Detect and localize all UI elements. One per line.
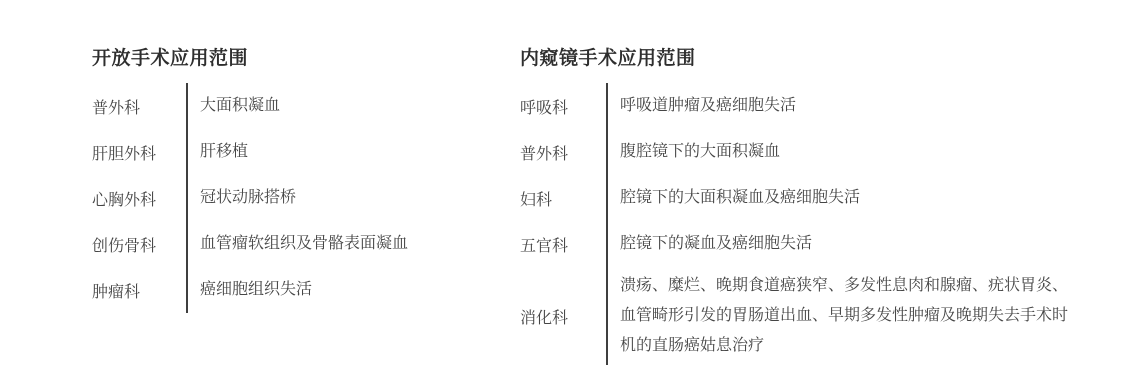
table-row: 普外科 大面积凝血 — [92, 83, 512, 129]
dept-cell: 消化科 — [520, 305, 608, 328]
desc-cell: 腹腔镜下的大面积凝血 — [608, 140, 780, 164]
dept-cell: 普外科 — [92, 95, 188, 118]
column-divider — [606, 83, 608, 365]
dept-cell: 呼吸科 — [520, 95, 608, 118]
table-body: 普外科 大面积凝血 肝胆外科 肝移植 心胸外科 冠状动脉搭桥 创伤骨科 血管瘤软… — [92, 83, 512, 313]
desc-cell: 溃疡、糜烂、晚期食道癌狭窄、多发性息肉和腺瘤、疣状胃炎、血管畸形引发的胃肠道出血… — [608, 271, 1078, 361]
desc-cell: 腔镜下的凝血及癌细胞失活 — [608, 232, 812, 256]
column-divider — [186, 83, 188, 313]
desc-cell: 呼吸道肿瘤及癌细胞失活 — [608, 94, 796, 118]
dept-cell: 五官科 — [520, 233, 608, 256]
desc-cell: 冠状动脉搭桥 — [188, 186, 296, 210]
table-row: 肿瘤科 癌细胞组织失活 — [92, 267, 512, 313]
table-endoscopic-surgery: 内窥镜手术应用范围 呼吸科 呼吸道肿瘤及癌细胞失活 普外科 腹腔镜下的大面积凝血… — [520, 46, 1092, 365]
dept-cell: 创伤骨科 — [92, 233, 188, 256]
dept-cell: 肝胆外科 — [92, 141, 188, 164]
table-row: 肝胆外科 肝移植 — [92, 129, 512, 175]
table-title: 内窥镜手术应用范围 — [520, 46, 1092, 72]
desc-cell: 血管瘤软组织及骨骼表面凝血 — [188, 232, 408, 256]
dept-cell: 心胸外科 — [92, 187, 188, 210]
dept-cell: 普外科 — [520, 141, 608, 164]
table-row: 心胸外科 冠状动脉搭桥 — [92, 175, 512, 221]
table-open-surgery: 开放手术应用范围 普外科 大面积凝血 肝胆外科 肝移植 心胸外科 冠状动脉搭桥 … — [92, 46, 512, 313]
table-title: 开放手术应用范围 — [92, 46, 512, 72]
table-body: 呼吸科 呼吸道肿瘤及癌细胞失活 普外科 腹腔镜下的大面积凝血 妇科 腔镜下的大面… — [520, 83, 1092, 365]
desc-cell: 腔镜下的大面积凝血及癌细胞失活 — [608, 186, 860, 210]
dept-cell: 肿瘤科 — [92, 279, 188, 302]
desc-cell: 大面积凝血 — [188, 94, 280, 118]
application-scope-section: 开放手术应用范围 普外科 大面积凝血 肝胆外科 肝移植 心胸外科 冠状动脉搭桥 … — [0, 0, 1134, 386]
desc-cell: 癌细胞组织失活 — [188, 278, 312, 302]
dept-cell: 妇科 — [520, 187, 608, 210]
desc-cell: 肝移植 — [188, 140, 248, 164]
table-row: 创伤骨科 血管瘤软组织及骨骼表面凝血 — [92, 221, 512, 267]
